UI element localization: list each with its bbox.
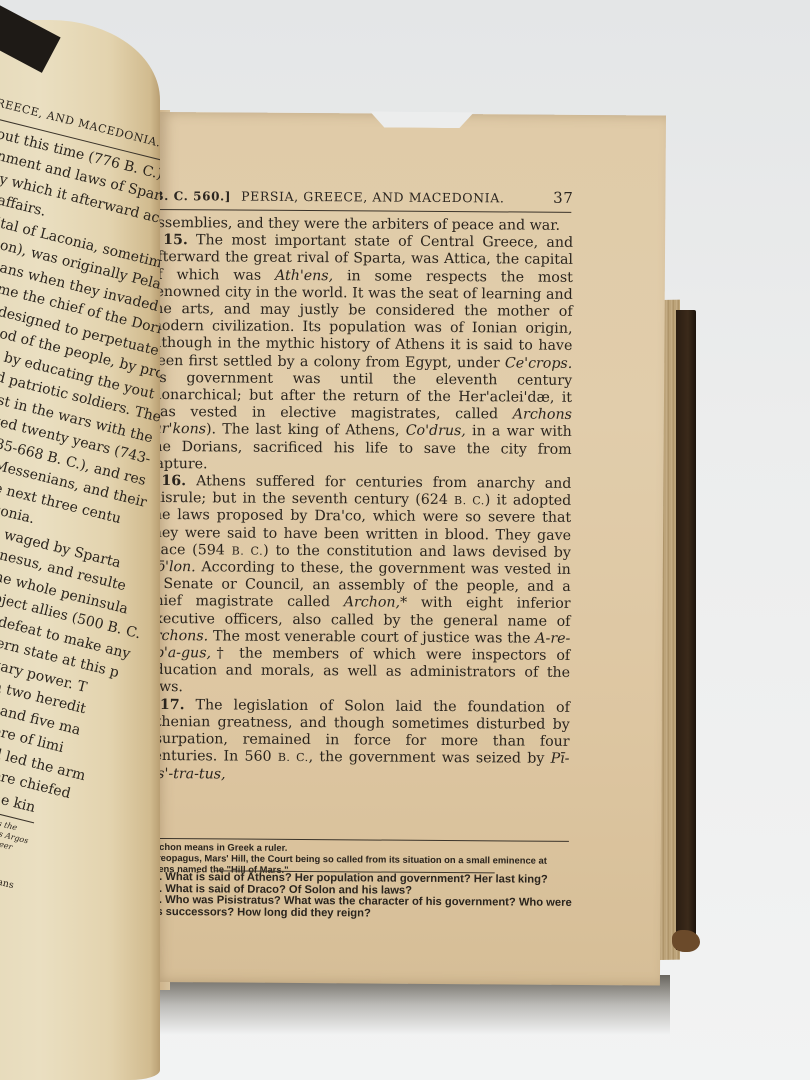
- paragraph-16: 16. Athens suffered for centuries from a…: [146, 473, 572, 700]
- body-text: assemblies, and they were the arbiters o…: [145, 215, 573, 786]
- text-segment: , the government was seized by: [309, 749, 551, 767]
- text-segment: ). The last king of Athens,: [206, 422, 406, 439]
- question-17: 17. Who was Pisistratus? What was the ch…: [146, 895, 576, 921]
- text-segment: Ce'crops.: [505, 355, 572, 371]
- cover-frayed-corner: [672, 930, 700, 952]
- text-segment: ) to the constitution and laws devised b…: [263, 543, 571, 561]
- left-page-lines: about this time (776 B. C.) that Lvernme…: [0, 120, 157, 810]
- left-page-text: GREECE, AND MACEDONIA. [B. C. about this…: [0, 90, 160, 907]
- text-segment: Co'drus,: [406, 423, 466, 439]
- text-segment: Ath'ens,: [275, 267, 333, 283]
- review-questions: 15. What is said of Athens? Her populati…: [146, 872, 576, 921]
- text-segment: B. C.: [454, 494, 485, 507]
- paragraph-number: 17.: [160, 697, 185, 713]
- text-segment: Archons: [513, 407, 572, 423]
- paragraph-number: 16.: [161, 473, 186, 489]
- paragraph-17: 17. The legislation of Solon laid the fo…: [145, 697, 570, 786]
- running-head: B. C. 560.] PERSIA, GREECE, AND MACEDONI…: [153, 186, 573, 209]
- page-number: 37: [553, 189, 573, 207]
- text-segment: ar'kons: [153, 421, 206, 437]
- running-head-title: PERSIA, GREECE, AND MACEDONIA.: [241, 189, 553, 206]
- text-segment: The most venerable court of justice was …: [208, 628, 535, 646]
- running-head-date: B. C. 560.]: [153, 189, 231, 204]
- text-segment: assemblies, and they were the arbiters o…: [149, 215, 560, 234]
- left-page-curled: GREECE, AND MACEDONIA. [B. C. about this…: [0, 20, 160, 1080]
- header-rule: [151, 209, 571, 213]
- right-page: B. C. 560.] PERSIA, GREECE, AND MACEDONI…: [154, 112, 666, 986]
- paragraph-number: 15.: [163, 232, 188, 248]
- paragraph-15: 15. The most important state of Central …: [147, 232, 573, 476]
- back-cover-edge: [676, 310, 696, 950]
- text-segment: B. C.: [232, 544, 264, 557]
- text-segment: Its government was until the eleventh ce…: [148, 370, 572, 423]
- text-segment: Archon,: [344, 595, 400, 611]
- text-segment: B. C.: [278, 751, 309, 764]
- page-notch: [370, 111, 474, 128]
